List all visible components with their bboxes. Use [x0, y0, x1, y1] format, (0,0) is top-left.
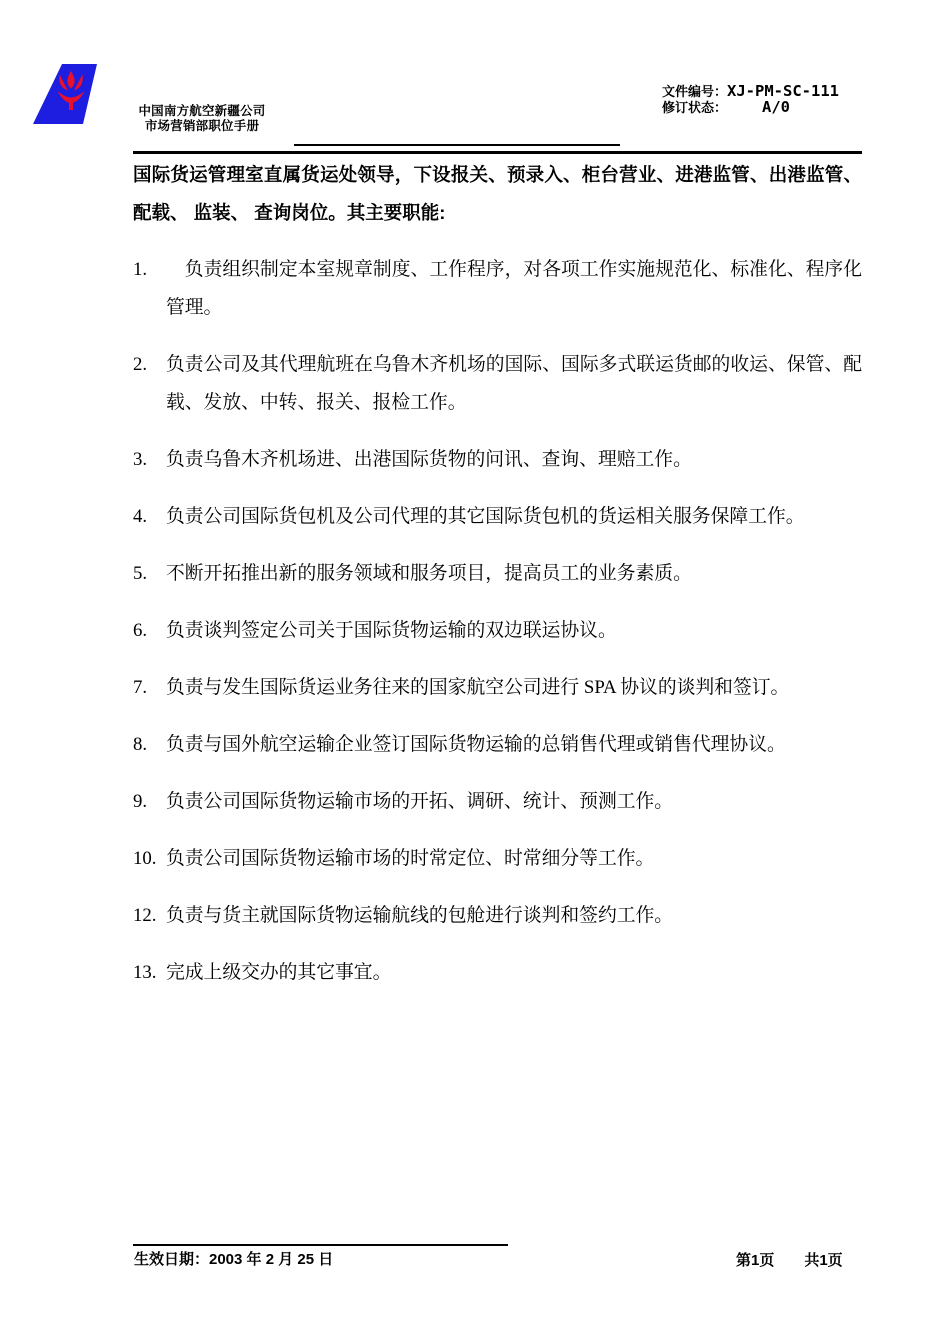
- list-item-number: 4.: [133, 498, 166, 536]
- list-item: 9.负责公司国际货物运输市场的开拓、调研、统计、预测工作。: [133, 783, 862, 821]
- header-company-block: 中国南方航空新疆公司 市场营销部职位手册: [138, 104, 266, 133]
- list-item: 13.完成上级交办的其它事宜。: [133, 954, 862, 992]
- list-item-text: 不断开拓推出新的服务领域和服务项目，提高员工的业务素质。: [166, 555, 862, 593]
- list-item-text: 负责与货主就国际货物运输航线的包舱进行谈判和签约工作。: [166, 897, 862, 935]
- intro-paragraph: 国际货运管理室直属货运处领导，下设报关、预录入、柜台营业、进港监管、出港监管、配…: [133, 156, 862, 232]
- company-name: 中国南方航空新疆公司: [138, 104, 266, 119]
- list-item-text: 负责公司及其代理航班在乌鲁木齐机场的国际、国际多式联运货邮的收运、保管、配载、发…: [166, 346, 862, 422]
- tail-fin-icon: [33, 62, 97, 126]
- revision-line: 修订状态：A/0: [662, 100, 839, 116]
- list-item: 2.负责公司及其代理航班在乌鲁木齐机场的国际、国际多式联运货邮的收运、保管、配载…: [133, 346, 862, 422]
- airline-logo: [33, 62, 97, 127]
- list-item: 8.负责与国外航空运输企业签订国际货物运输的总销售代理或销售代理协议。: [133, 726, 862, 764]
- list-item-number: 7.: [133, 669, 166, 707]
- doc-number-line: 文件编号：XJ-PM-SC-111: [662, 84, 839, 100]
- list-item: 1. 负责组织制定本室规章制度、工作程序，对各项工作实施规范化、标准化、程序化管…: [133, 251, 862, 327]
- list-item-number: 9.: [133, 783, 166, 821]
- list-item: 5.不断开拓推出新的服务领域和服务项目，提高员工的业务素质。: [133, 555, 862, 593]
- document-page: 中国南方航空新疆公司 市场营销部职位手册 文件编号：XJ-PM-SC-111 修…: [0, 0, 950, 1344]
- list-item: 10.负责公司国际货物运输市场的时常定位、时常细分等工作。: [133, 840, 862, 878]
- list-item-text: 负责谈判签定公司关于国际货物运输的双边联运协议。: [166, 612, 862, 650]
- header-rule-long: [133, 151, 862, 154]
- list-item-number: 10.: [133, 840, 166, 878]
- list-item: 4.负责公司国际货包机及公司代理的其它国际货包机的货运相关服务保障工作。: [133, 498, 862, 536]
- header-rule-short: [294, 144, 620, 146]
- list-item: 7.负责与发生国际货运业务往来的国家航空公司进行 SPA 协议的谈判和签订。: [133, 669, 862, 707]
- document-info-block: 文件编号：XJ-PM-SC-111 修订状态：A/0: [662, 84, 839, 115]
- list-item: 3.负责乌鲁木齐机场进、出港国际货物的问讯、查询、理赔工作。: [133, 441, 862, 479]
- manual-name: 市场营销部职位手册: [138, 119, 266, 134]
- list-item-text: 完成上级交办的其它事宜。: [166, 954, 862, 992]
- list-item-text: 负责与国外航空运输企业签订国际货物运输的总销售代理或销售代理协议。: [166, 726, 862, 764]
- list-item-number: 8.: [133, 726, 166, 764]
- revision-value: A/0: [762, 98, 790, 116]
- doc-number-label: 文件编号：: [662, 84, 727, 99]
- list-item-number: 2.: [133, 346, 166, 422]
- duty-list: 1. 负责组织制定本室规章制度、工作程序，对各项工作实施规范化、标准化、程序化管…: [133, 251, 862, 1011]
- list-item-number: 12.: [133, 897, 166, 935]
- list-item-number: 3.: [133, 441, 166, 479]
- list-item-number: 6.: [133, 612, 166, 650]
- revision-label: 修订状态：: [662, 100, 727, 115]
- effective-date: 生效日期：2003 年 2 月 25 日: [134, 1248, 333, 1269]
- list-item-text: 负责公司国际货物运输市场的时常定位、时常细分等工作。: [166, 840, 862, 878]
- list-item-text: 负责公司国际货包机及公司代理的其它国际货包机的货运相关服务保障工作。: [166, 498, 862, 536]
- list-item-number: 13.: [133, 954, 166, 992]
- page-indicator: 第1页 共1页: [736, 1249, 843, 1270]
- list-item-text: 负责公司国际货物运输市场的开拓、调研、统计、预测工作。: [166, 783, 862, 821]
- list-item-number: 5.: [133, 555, 166, 593]
- list-item-number: 1.: [133, 251, 166, 327]
- list-item-text: 负责与发生国际货运业务往来的国家航空公司进行 SPA 协议的谈判和签订。: [166, 669, 862, 707]
- list-item: 12.负责与货主就国际货物运输航线的包舱进行谈判和签约工作。: [133, 897, 862, 935]
- footer-rule: [133, 1244, 508, 1246]
- list-item-text: 负责乌鲁木齐机场进、出港国际货物的问讯、查询、理赔工作。: [166, 441, 862, 479]
- list-item: 6.负责谈判签定公司关于国际货物运输的双边联运协议。: [133, 612, 862, 650]
- list-item-text: 负责组织制定本室规章制度、工作程序，对各项工作实施规范化、标准化、程序化管理。: [166, 251, 862, 327]
